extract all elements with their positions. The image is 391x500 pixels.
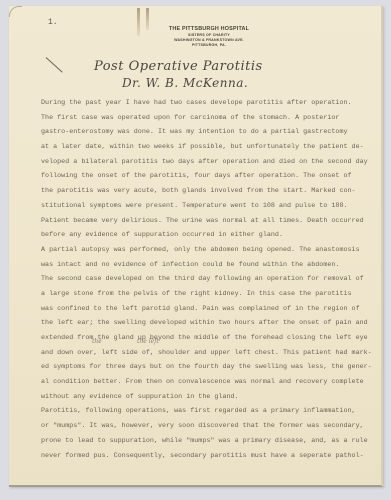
text-line: extended from the gland up beyond the mi… <box>41 331 371 346</box>
handwritten-insert: the <box>92 338 102 345</box>
letterhead: THE PITTSBURGH HOSPITAL SISTERS OF CHARI… <box>129 26 289 49</box>
text-line: al condition better. From then on conval… <box>41 375 371 390</box>
text-line: The second case developed on the third d… <box>41 272 371 287</box>
typed-body-text: During the past year I have had two case… <box>41 96 371 463</box>
text-line: without any evidence of suppuration in t… <box>41 390 371 405</box>
text-line: stitutional symptoms were present. Tempe… <box>41 199 371 214</box>
text-line: and down over, left side of, shoulder an… <box>41 346 371 361</box>
letterhead-line: PITTSBURGH, PA. <box>129 43 289 48</box>
handwritten-title: Post Operative Parotitis <box>94 59 263 74</box>
text-line: prone to lead to suppuration, while "mum… <box>41 434 371 449</box>
text-line: or "mumps". It was, however, very soon d… <box>41 419 371 434</box>
corner-fold-mark <box>9 6 22 17</box>
text-line: ed symptoms for three days but on the fo… <box>41 360 371 375</box>
text-line: Parotitis, following operations, was fir… <box>41 404 371 419</box>
handwritten-insert: the left <box>137 338 159 345</box>
text-line: at a later date, within two weeks if pos… <box>41 140 371 155</box>
text-line: following the onset of the parotitis, fo… <box>41 169 371 184</box>
handwritten-author: Dr. W. B. McKenna. <box>122 76 248 90</box>
text-line: was confined to the left parotid gland. … <box>41 302 371 317</box>
text-line: the parotitis was very acute, both gland… <box>41 184 371 199</box>
text-line: never formed pus. Consequently, secondar… <box>41 449 371 464</box>
text-line: During the past year I have had two case… <box>41 96 371 111</box>
page-number: 1. <box>48 18 58 27</box>
text-line: veloped a bilateral parotitis two days a… <box>41 155 371 170</box>
text-line: was intact and no evidence of infection … <box>41 258 371 273</box>
text-line: Patient became very delirious. The urine… <box>41 214 371 229</box>
pen-stroke-mark <box>46 57 63 72</box>
letterhead-title: THE PITTSBURGH HOSPITAL <box>129 26 289 33</box>
text-line: a large stone from the pelvis of the rig… <box>41 287 371 302</box>
text-line: The first case was operated upon for car… <box>41 111 371 126</box>
text-line: the left ear; the swelling developed wit… <box>41 316 371 331</box>
text-line: A partial autopsy was performed, only th… <box>41 243 371 258</box>
text-line: before any evidence of suppuration occur… <box>41 228 371 243</box>
text-line: gastro-enterostomy was done. It was my i… <box>41 125 371 140</box>
